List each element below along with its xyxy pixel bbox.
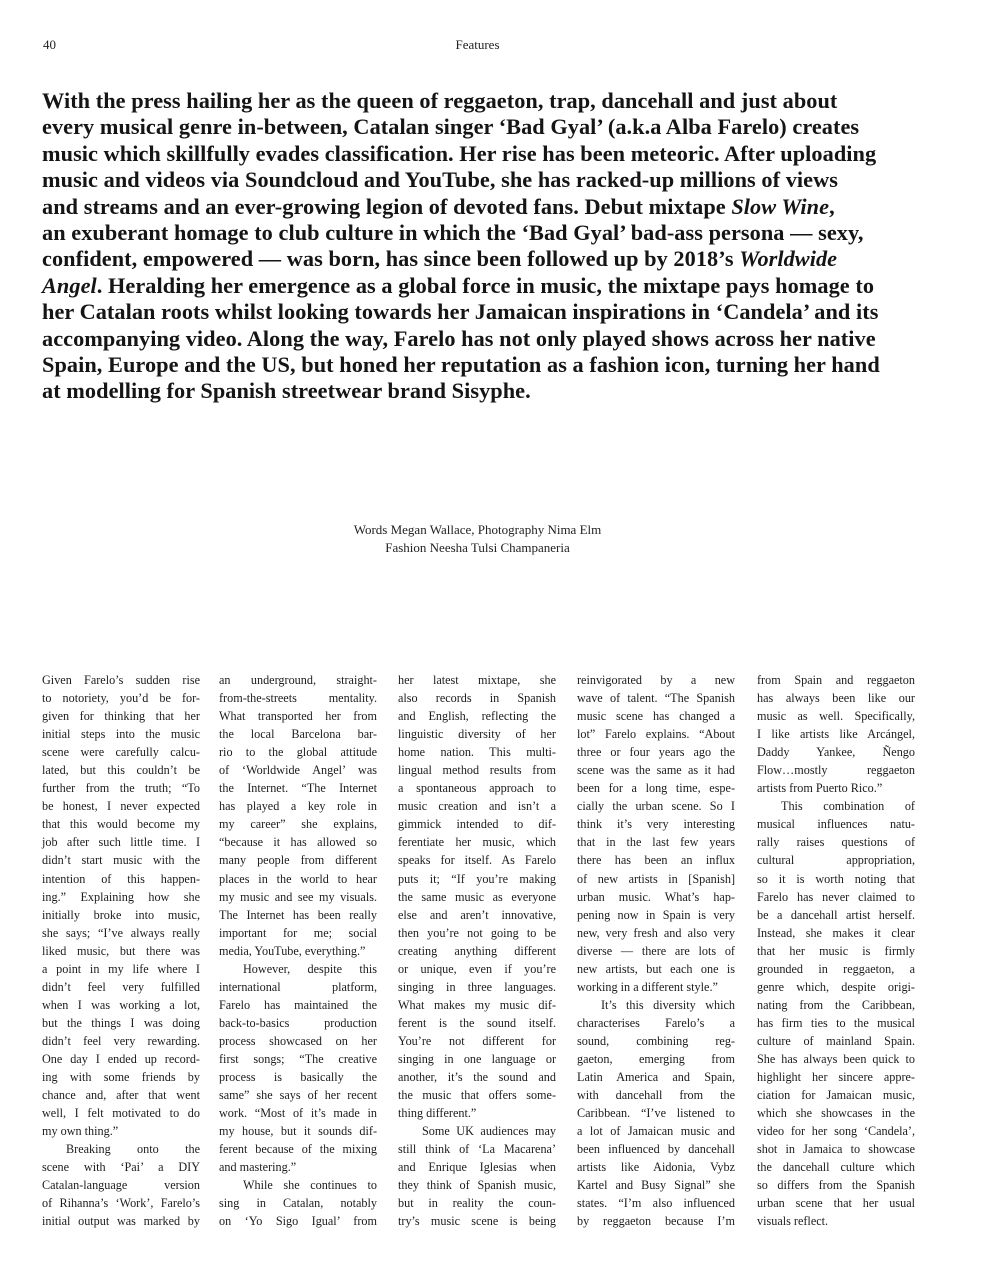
body-line: and mastering.” [219,1158,377,1176]
body-line: One day I ended up record- [42,1050,200,1068]
body-line: the local Barcelona bar- [219,725,377,743]
body-line: While she continues to [219,1176,377,1194]
running-head: 40 Features [0,36,997,54]
body-line: when I was working a lot, [42,996,200,1014]
body-line: the Internet. “The Internet [219,779,377,797]
body-line: singing in one language or [398,1050,556,1068]
body-line: a spontaneous approach to [398,779,556,797]
body-line: and Enrique Iglesias when [398,1158,556,1176]
body-line: by reggaeton because I’m [577,1212,735,1230]
body-line: of new artists in [Spanish] [577,870,735,888]
body-line: You’re not different for [398,1032,556,1050]
body-line: my career” she explains, [219,815,377,833]
body-line: This combination of [757,797,915,815]
body-line: the same music as everyone [398,888,556,906]
body-line: and English, reflecting the [398,707,556,725]
body-line: from-the-streets mentality. [219,689,377,707]
body-line: music scene has changed a [577,707,735,725]
body-line: given for thinking that her [42,707,200,725]
body-line: new, very fresh and also very [577,924,735,942]
body-line: but the things I was doing [42,1014,200,1032]
lead-line: Angel. Heralding her emergence as a glob… [42,273,922,299]
body-line: However, despite this [219,960,377,978]
body-line: urban scene that her usual [757,1194,915,1212]
body-line: which she showcases in the [757,1104,915,1122]
body-line: has played a key role in [219,797,377,815]
body-line: She has always been quick to [757,1050,915,1068]
body-line: artists from Puerto Rico.” [757,779,915,797]
body-line: Flow…mostly reggaeton [757,761,915,779]
lead-line: music and videos via Soundcloud and YouT… [42,167,922,193]
body-line: Catalan-language version [42,1176,200,1194]
body-line: What makes my music dif- [398,996,556,1014]
body-line: Latin America and Spain, [577,1068,735,1086]
body-line: ferent is the sound itself. [398,1014,556,1032]
lead-line: music which skillfully evades classifica… [42,141,922,167]
body-line: pening now in Spain is very [577,906,735,924]
body-line: characterises Farelo’s a [577,1014,735,1032]
body-line: culture of mainland Spain. [757,1032,915,1050]
lead-line: every musical genre in-between, Catalan … [42,114,922,140]
body-line: my music and see my visuals. [219,888,377,906]
body-column-3: her latest mixtape, shealso records in S… [398,671,556,1230]
body-line: cultural appropriation, [757,851,915,869]
lead-line: accompanying video. Along the way, Farel… [42,326,922,352]
body-line: a point in my life where I [42,960,200,978]
body-line: Instead, she makes it clear [757,924,915,942]
body-line: else and aren’t innovative, [398,906,556,924]
lead-line: an exuberant homage to club culture in w… [42,220,922,246]
body-line: lated, but this couldn’t be [42,761,200,779]
lead-text: and streams and an ever-growing legion o… [42,194,731,219]
body-line: diverse — there are lots of [577,942,735,960]
body-line: places in the world to hear [219,870,377,888]
body-line: shot in Jamaica to showcase [757,1140,915,1158]
body-line: linguistic diversity of her [398,725,556,743]
body-line: didn’t feel very fulfilled [42,978,200,996]
body-line: ferent because of the mixing [219,1140,377,1158]
body-line: there has been an influx [577,851,735,869]
body-line: work. “Most of it’s made in [219,1104,377,1122]
body-line: home nation. This multi- [398,743,556,761]
body-line: states. “I’m also influenced [577,1194,735,1212]
body-line: Breaking onto the [42,1140,200,1158]
body-line: that this would become my [42,815,200,833]
body-line: another, it’s the sound and [398,1068,556,1086]
section-title: Features [0,36,955,54]
body-line: genre which, despite origi- [757,978,915,996]
body-line: rally raises questions of [757,833,915,851]
body-column-4: reinvigorated by a newwave of talent. “T… [577,671,735,1230]
body-line: of Rihanna’s ‘Work’, Farelo’s [42,1194,200,1212]
body-line: ing.” Explaining how she [42,888,200,906]
body-column-1: Given Farelo’s sudden riseto notoriety, … [42,671,200,1230]
body-column-2: an underground, straight-from-the-street… [219,671,377,1230]
body-line: media, YouTube, everything.” [219,942,377,960]
body-line: with dancehall from the [577,1086,735,1104]
body-line: chance and, after that went [42,1086,200,1104]
body-line: singing in three languages. [398,978,556,996]
body-line: musical influences natu- [757,815,915,833]
body-line: working in a different style.” [577,978,735,996]
credit-fashion: Fashion Neesha Tulsi Champaneria [0,539,955,557]
body-line: Kartel and Busy Signal” she [577,1176,735,1194]
body-line: think it’s very interesting [577,815,735,833]
body-line: to notoriety, you’d be for- [42,689,200,707]
body-line: initially broke into music, [42,906,200,924]
body-line: speaks for itself. As Farelo [398,851,556,869]
credits: Words Megan Wallace, Photography Nima El… [0,521,955,557]
body-line: an underground, straight- [219,671,377,689]
body-line: gaeton, emerging from [577,1050,735,1068]
lead-text: , [829,194,835,219]
body-line: cially the urban scene. So I [577,797,735,815]
body-line: ciation for Jamaican music, [757,1086,915,1104]
lead-line: confident, empowered — was born, has sin… [42,246,922,272]
body-line: international platform, [219,978,377,996]
body-columns: Given Farelo’s sudden riseto notoriety, … [42,671,932,1251]
body-line: scene with ‘Pai’ a DIY [42,1158,200,1176]
body-line: visuals reflect. [757,1212,915,1230]
body-line: then you’re not going to be [398,924,556,942]
body-line: the music that offers some- [398,1086,556,1104]
body-line: Farelo has never claimed to [757,888,915,906]
body-line: “because it has allowed so [219,833,377,851]
body-line: a lot of Jamaican music and [577,1122,735,1140]
body-line: thing different.” [398,1104,556,1122]
body-line: from Spain and reggaeton [757,671,915,689]
body-line: sound, combining reg- [577,1032,735,1050]
body-line: the dancehall culture which [757,1158,915,1176]
body-line: wave of talent. “The Spanish [577,689,735,707]
body-line: so differs from the Spanish [757,1176,915,1194]
body-line: intention of this happen- [42,870,200,888]
body-line: didn’t feel very rewarding. [42,1032,200,1050]
body-line: didn’t start music with the [42,851,200,869]
body-line: puts it; “If you’re making [398,870,556,888]
body-line: been for a long time, espe- [577,779,735,797]
body-line: well, I felt motivated to do [42,1104,200,1122]
body-line: It’s this diversity which [577,996,735,1014]
body-line: but in reality the coun- [398,1194,556,1212]
mixtape-title-angel: Angel [42,273,97,298]
body-line: they think of Spanish music, [398,1176,556,1194]
lead-line: Spain, Europe and the US, but honed her … [42,352,922,378]
body-line: ing with some friends by [42,1068,200,1086]
body-line: nating from the Caribbean, [757,996,915,1014]
body-line: be honest, I never expected [42,797,200,815]
body-line: still think of ‘La Macarena’ [398,1140,556,1158]
body-line: important for me; social [219,924,377,942]
body-line: my house, but it sounds dif- [219,1122,377,1140]
body-line: scene were carefully calcu- [42,743,200,761]
body-line: highlight her sincere appre- [757,1068,915,1086]
body-line: rio to the global attitude [219,743,377,761]
body-line: process showcased on her [219,1032,377,1050]
body-line: Farelo has maintained the [219,996,377,1014]
body-line: that her music is firmly [757,942,915,960]
body-line: creating anything different [398,942,556,960]
body-column-5: from Spain and reggaetonhas always been … [757,671,915,1230]
body-line: first songs; “The creative [219,1050,377,1068]
body-line: reinvigorated by a new [577,671,735,689]
body-line: ferentiate her music, which [398,833,556,851]
body-line: music as well. Specifically, [757,707,915,725]
mixtape-title-slow-wine: Slow Wine [731,194,829,219]
lead-line: and streams and an ever-growing legion o… [42,194,922,220]
lead-text: . Heralding her emergence as a global fo… [97,273,874,298]
lead-paragraph: With the press hailing her as the queen … [42,88,922,405]
body-line: be a dancehall artist herself. [757,906,915,924]
lead-text: confident, empowered — was born, has sin… [42,246,739,271]
body-line: sing in Catalan, notably [219,1194,377,1212]
body-line: urban music. What’s hap- [577,888,735,906]
body-line: process is basically the [219,1068,377,1086]
body-line: her latest mixtape, she [398,671,556,689]
body-line: my own thing.” [42,1122,200,1140]
lead-line: With the press hailing her as the queen … [42,88,922,114]
body-line: initial output was marked by [42,1212,200,1230]
body-line: liked music, but there was [42,942,200,960]
body-line: further from the truth; “To [42,779,200,797]
body-line: Daddy Yankee, Ñengo [757,743,915,761]
lead-line: at modelling for Spanish streetwear bran… [42,378,922,404]
body-line: try’s music scene is being [398,1212,556,1230]
body-line: been influenced by dancehall [577,1140,735,1158]
body-line: has always been like our [757,689,915,707]
body-line: new artists, but each one is [577,960,735,978]
body-line: also records in Spanish [398,689,556,707]
body-line: on ‘Yo Sigo Igual’ from [219,1212,377,1230]
body-line: music creation and isn’t a [398,797,556,815]
body-line: back-to-basics production [219,1014,377,1032]
body-line: or unique, even if you’re [398,960,556,978]
credit-words-photography: Words Megan Wallace, Photography Nima El… [0,521,955,539]
body-line: that in the last few years [577,833,735,851]
body-line: three or four years ago the [577,743,735,761]
body-line: What transported her from [219,707,377,725]
body-line: scene was the same as it had [577,761,735,779]
lead-line: her Catalan roots whilst looking towards… [42,299,922,325]
body-line: grounded in reggaeton, a [757,960,915,978]
body-line: initial steps into the music [42,725,200,743]
body-line: I like artists like Arcángel, [757,725,915,743]
body-line: The Internet has been really [219,906,377,924]
body-line: video for her song ‘Candela’, [757,1122,915,1140]
body-line: lingual method results from [398,761,556,779]
body-line: job after such little time. I [42,833,200,851]
body-line: of ‘Worldwide Angel’ was [219,761,377,779]
body-line: lot” Farelo explains. “About [577,725,735,743]
body-line: has firm ties to the musical [757,1014,915,1032]
body-line: many people from different [219,851,377,869]
body-line: Caribbean. “I’ve listened to [577,1104,735,1122]
body-line: so it is worth noting that [757,870,915,888]
body-line: Given Farelo’s sudden rise [42,671,200,689]
body-line: Some UK audiences may [398,1122,556,1140]
body-line: gimmick intended to dif- [398,815,556,833]
body-line: she says; “I’ve always really [42,924,200,942]
body-line: artists like Aidonia, Vybz [577,1158,735,1176]
mixtape-title-worldwide: Worldwide [739,246,837,271]
body-line: same” she says of her recent [219,1086,377,1104]
